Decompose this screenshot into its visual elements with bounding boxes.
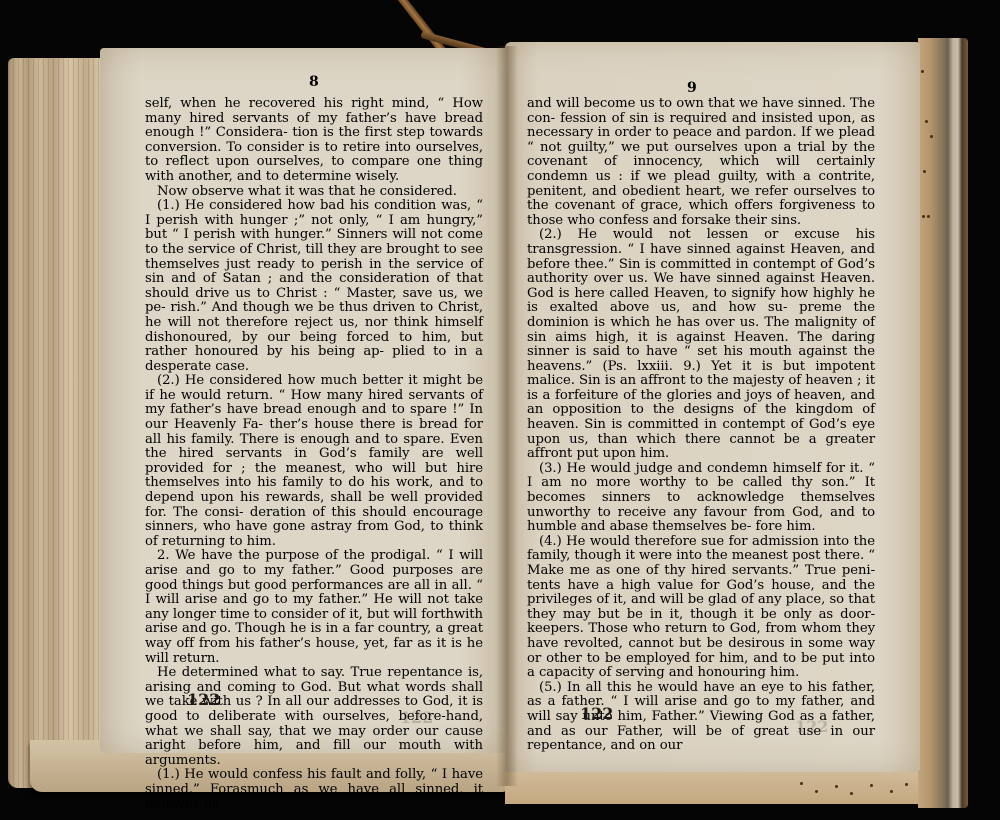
foxing-spot	[930, 135, 933, 138]
paragraph: Now observe what it was that he consider…	[145, 185, 483, 200]
page-number-left: 8	[309, 74, 319, 90]
paragraph: (4.) He would therefore sue for admissio…	[527, 535, 875, 681]
foxing-spot	[905, 783, 908, 786]
page-number-right: 9	[687, 80, 697, 96]
signature-mark-right: 122	[580, 704, 613, 723]
paragraph: (1.) He would confess his fault and foll…	[145, 768, 483, 812]
paragraph: 2. We have the purpose of the prodigal. …	[145, 549, 483, 666]
paragraph: (3.) He would judge and condemn himself …	[527, 462, 875, 535]
paragraph: (2.) He would not lessen or excuse his t…	[527, 228, 875, 462]
show-through-signature-right: 122	[795, 717, 828, 736]
foxing-spot	[815, 790, 818, 793]
foxing-spot	[800, 782, 803, 785]
paragraph: (2.) He considered how much better it mi…	[145, 374, 483, 549]
foxing-spot	[870, 784, 873, 787]
foxing-spot	[925, 120, 928, 123]
foxing-spot	[850, 792, 853, 795]
foxing-spot	[922, 215, 925, 218]
foxing-spot	[923, 170, 926, 173]
paragraph: self, when he recovered his right mind, …	[145, 97, 483, 185]
paragraph: (1.) He considered how bad his condition…	[145, 199, 483, 374]
right-page-text: and will become us to own that we have s…	[527, 97, 875, 754]
paragraph: and will become us to own that we have s…	[527, 97, 875, 228]
foxing-spot	[927, 215, 930, 218]
book-gutter	[496, 46, 518, 786]
right-cover-edge	[918, 38, 968, 808]
show-through-signature-left: 122	[400, 708, 433, 727]
foxing-spot	[921, 70, 924, 73]
foxing-spot	[890, 790, 893, 793]
signature-mark-left: 122	[187, 690, 220, 709]
foxing-spot	[835, 785, 838, 788]
